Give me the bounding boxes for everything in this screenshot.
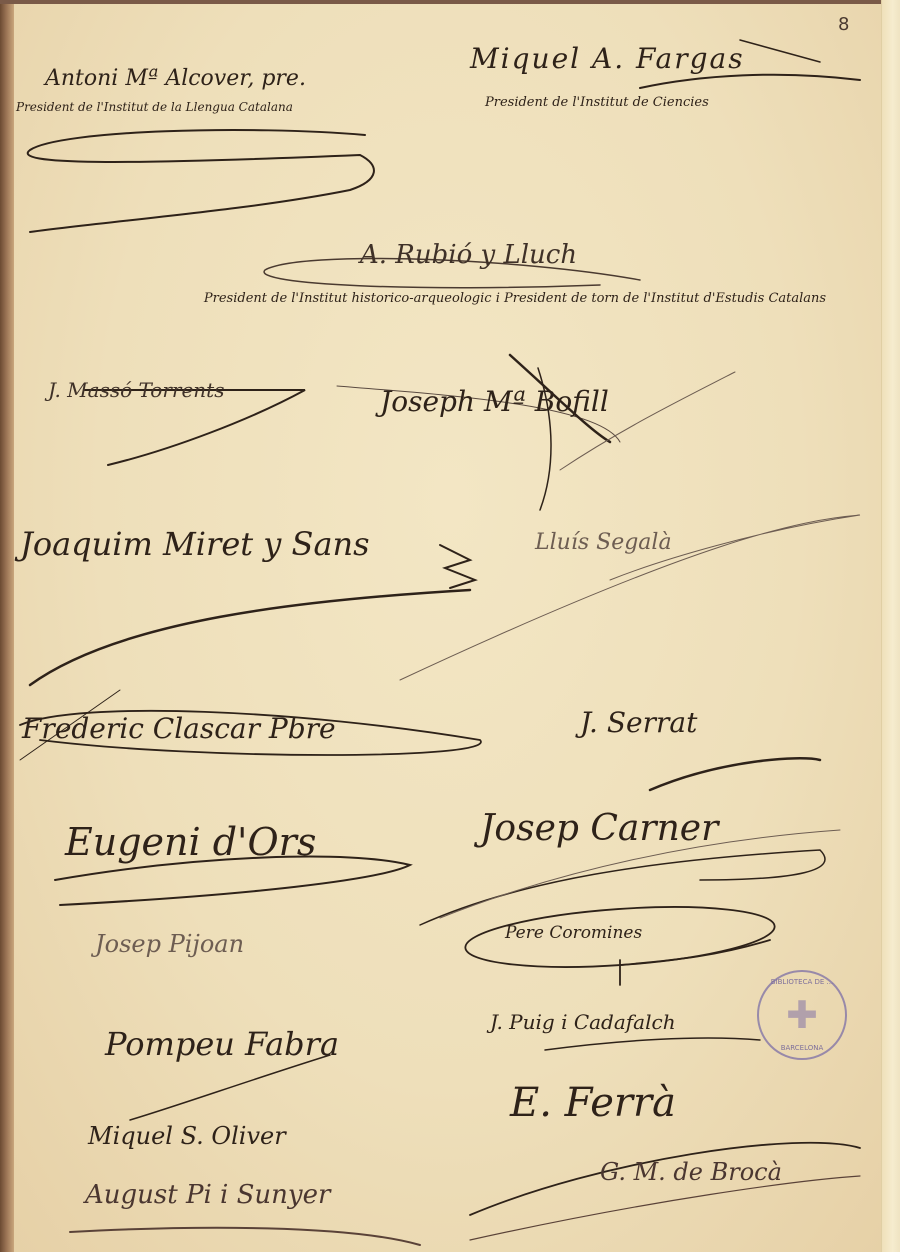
signature-alcover-title: President de l'Institut de la Llengua Ca… [16,100,293,114]
signature-miret-sans: Joaquim Miret y Sans [20,525,370,563]
signature-oliver: Miquel S. Oliver [88,1122,286,1150]
signature-dors: Eugeni d'Ors [65,820,316,864]
signature-serrat: J. Serrat [580,706,697,739]
signature-fabra: Pompeu Fabra [105,1025,339,1063]
signature-rubio-title: President de l'Institut historico-arqueo… [170,288,860,310]
signature-fargas-title: President de l'Institut de Ciencies [485,95,709,110]
signature-masso-torrents: J. Massó Torrents [48,378,224,402]
signature-puig-cadafalch: J. Puig i Cadafalch [490,1010,676,1034]
page-number: 8 [838,14,849,35]
book-binding-edge [0,0,14,1252]
signature-alcover: Antoni Mª Alcover, pre. [45,66,306,91]
signature-coromines: Pere Coromines [505,923,642,943]
signature-clascar: Frederic Clascar Pbre [22,712,336,745]
signature-bofill: Joseph Mª Bofill [380,385,609,418]
signature-rubio: A. Rubió y Lluch [360,240,577,270]
signature-pi-sunyer: August Pi i Sunyer [85,1180,330,1210]
signature-fargas: Miquel A. Fargas [470,42,745,75]
page-top-edge [0,0,900,4]
signature-pijoan: Josep Pijoan [95,930,244,958]
stamp-top-text: BIBLIOTECA DE ... [759,978,845,986]
page-right-edge [881,0,900,1252]
library-stamp: ✚ BIBLIOTECA DE ... BARCELONA [757,970,847,1060]
document-page: 8 [0,0,900,1252]
signature-broca: G. M. de Brocà [600,1158,782,1186]
stamp-bottom-text: BARCELONA [759,1044,845,1052]
signature-carner: Josep Carner [480,808,718,849]
cross-emblem-icon: ✚ [786,993,818,1037]
signature-segala: Lluís Segalà [535,530,672,555]
signature-ferra: E. Ferrà [510,1080,676,1126]
signature-flourishes [0,0,900,1252]
